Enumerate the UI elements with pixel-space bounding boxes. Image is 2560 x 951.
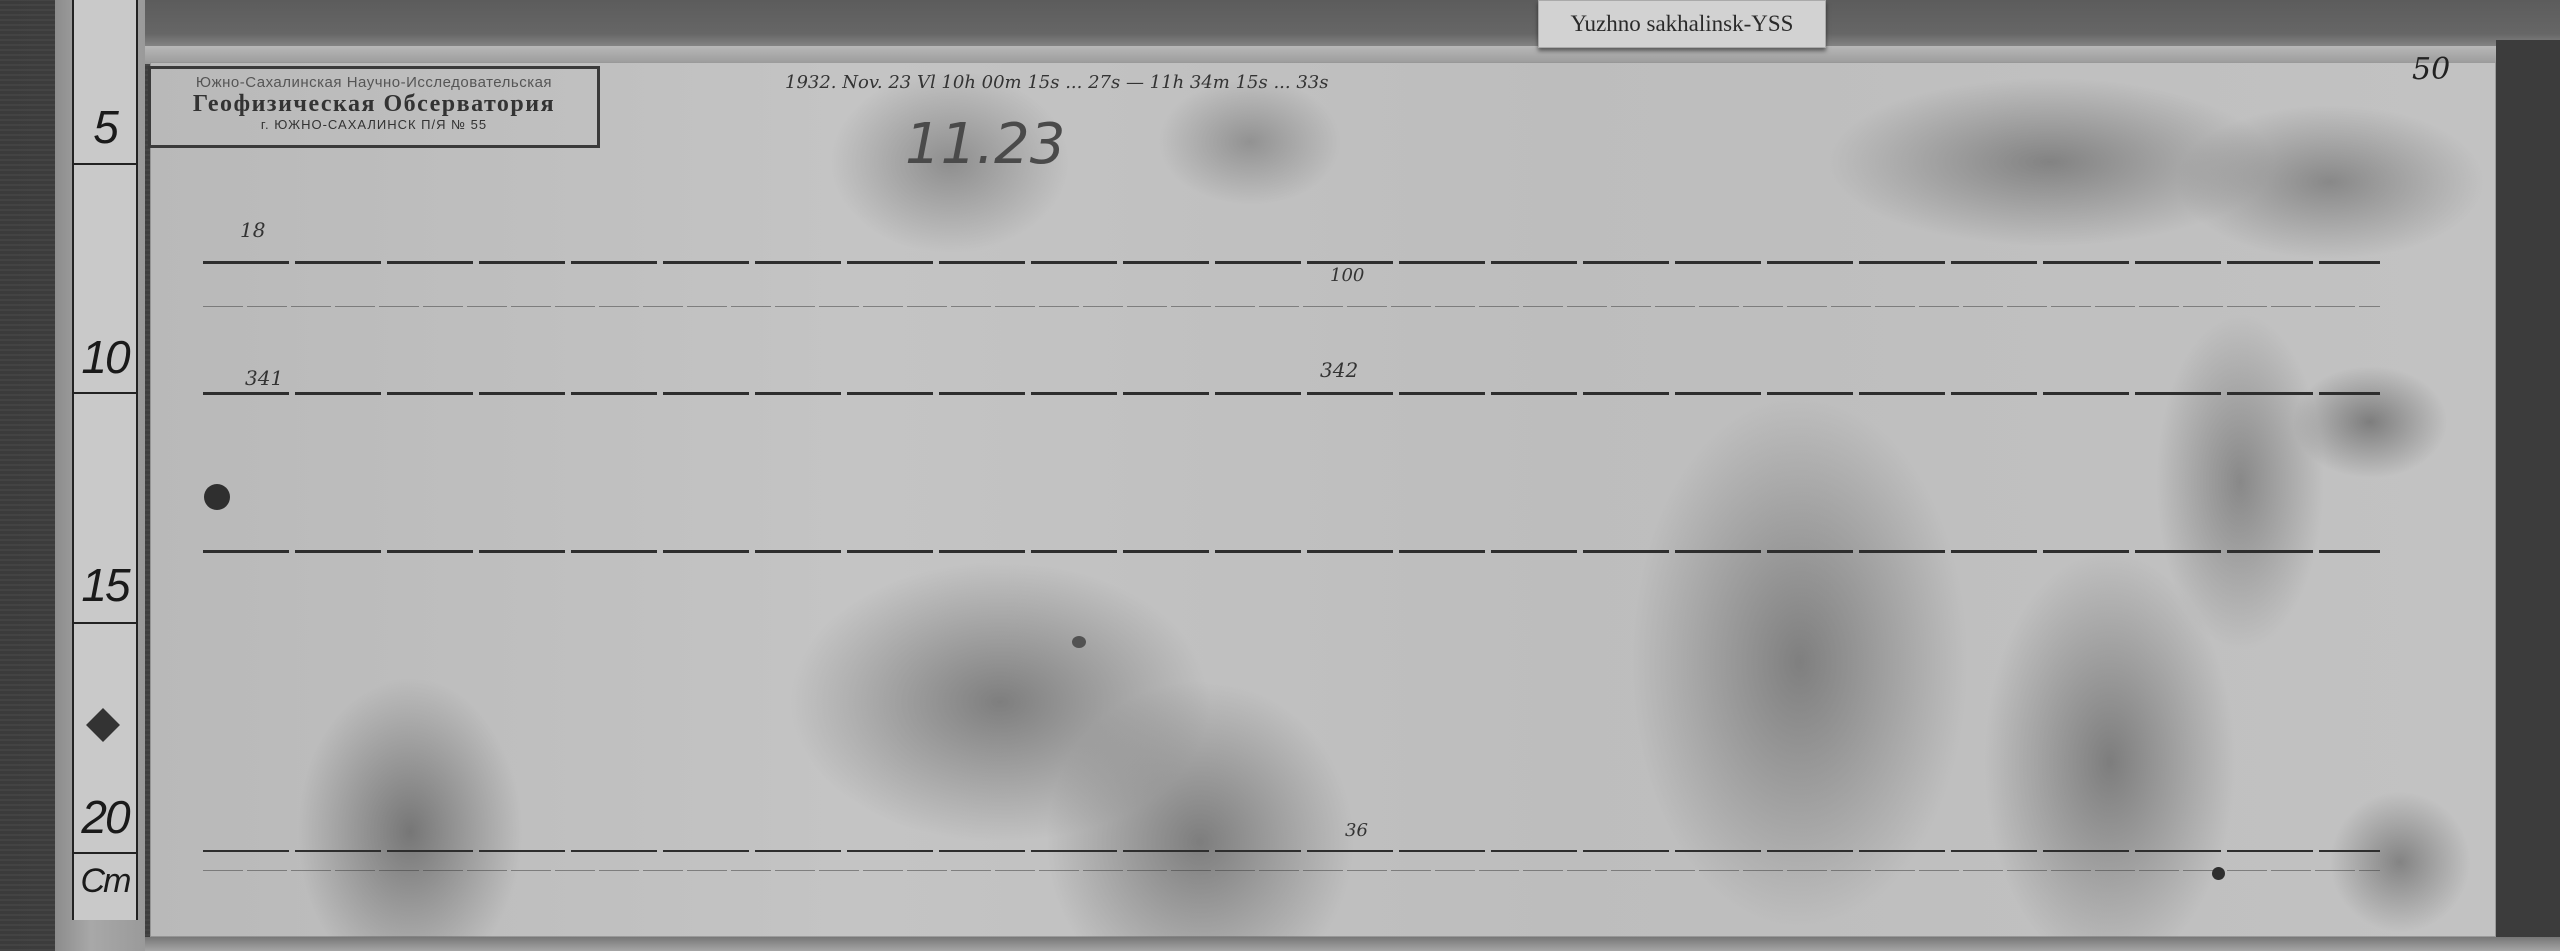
trace-line-4 <box>203 850 2380 852</box>
trace-line-1 <box>203 261 2380 264</box>
observatory-stamp: Южно-Сахалинская Научно-Исследовательска… <box>148 66 600 148</box>
trace-2-annotation: 341 <box>245 366 283 390</box>
trace-1-mid-annotation: 100 <box>1330 265 1364 286</box>
bottom-edge <box>60 937 2560 951</box>
record-number: 11.23 <box>905 112 1065 177</box>
right-backing <box>2496 40 2560 951</box>
station-label-card: Yuzhno sakhalinsk-YSS <box>1538 0 1826 48</box>
top-backing-board <box>140 0 2560 48</box>
trace-1-annotation: 18 <box>240 218 265 242</box>
punch-dot <box>204 484 230 510</box>
trace-line-3 <box>203 550 2380 553</box>
ruler-unit-label: Cm <box>74 862 136 901</box>
trace-line-2 <box>203 392 2380 395</box>
ruler-mark-label: 5 <box>74 100 136 154</box>
ruler-mark-label: 20 <box>74 790 136 844</box>
ink-speck <box>1072 636 1086 648</box>
ruler-tick <box>74 163 136 165</box>
ruler-tick <box>74 622 136 624</box>
ink-dot <box>2212 867 2225 880</box>
seismogram-sheet <box>150 62 2496 937</box>
ruler-mark-label: 10 <box>74 330 136 384</box>
stamp-line-2: Геофизическая Обсерватория <box>151 91 597 117</box>
station-label: Yuzhno sakhalinsk-YSS <box>1571 11 1794 37</box>
ruler-tick <box>74 852 136 854</box>
header-note: 1932. Nov. 23 Vl 10h 00m 15s ... 27s — 1… <box>785 72 1328 93</box>
trace-4-mid-annotation: 36 <box>1345 820 1368 841</box>
diamond-marker-icon <box>86 708 120 742</box>
trace-2-mid-annotation: 342 <box>1320 358 1358 382</box>
trace-time-mark-4 <box>203 870 2380 871</box>
sheet-number: 50 <box>2412 52 2450 87</box>
stamp-line-3: г. ЮЖНО-САХАЛИНСК П/Я № 55 <box>151 117 597 132</box>
ruler-mark-label: 15 <box>74 558 136 612</box>
trace-time-mark-1 <box>203 306 2380 307</box>
ruler-tick <box>74 392 136 394</box>
stamp-line-1: Южно-Сахалинская Научно-Исследовательска… <box>151 74 597 91</box>
scale-ruler: 5 10 15 20 Cm <box>72 0 138 920</box>
